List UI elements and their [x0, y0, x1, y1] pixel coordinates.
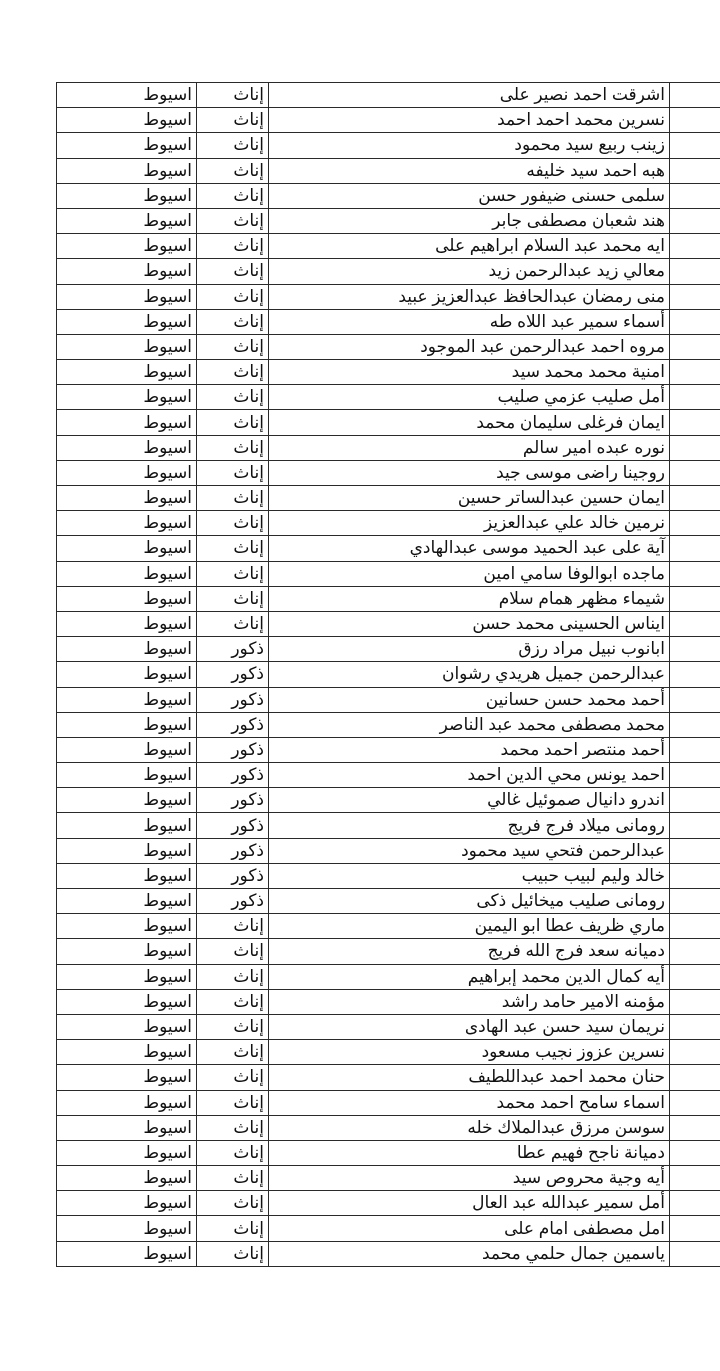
gender-cell: إناث [197, 309, 269, 334]
name-cell: منى رمضان عبدالحافظ عبدالعزيز عبيد [269, 284, 670, 309]
table-row: اسيوطإناثاسماء سامح احمد محمد [57, 1090, 720, 1115]
gender-cell: إناث [197, 1040, 269, 1065]
gender-cell: إناث [197, 586, 269, 611]
table-row: اسيوطإناثأمل سمير عبدالله عبد العال [57, 1191, 720, 1216]
gender-cell: ذكور [197, 737, 269, 762]
gender-cell: إناث [197, 334, 269, 359]
table-row: اسيوطإناثايه محمد عبد السلام ابراهيم على [57, 234, 720, 259]
city-cell: اسيوط [57, 108, 197, 133]
blank-cell [670, 410, 720, 435]
table-row: اسيوطذكورعبدالرحمن جميل هريدي رشوان [57, 662, 720, 687]
name-cell: اشرقت احمد نصير على [269, 83, 670, 108]
blank-cell [670, 208, 720, 233]
gender-cell: إناث [197, 460, 269, 485]
name-cell: أمل سمير عبدالله عبد العال [269, 1191, 670, 1216]
blank-cell [670, 259, 720, 284]
city-cell: اسيوط [57, 208, 197, 233]
name-cell: روجينا راضى موسى جيد [269, 460, 670, 485]
blank-cell [670, 133, 720, 158]
blank-cell [670, 687, 720, 712]
blank-cell [670, 360, 720, 385]
blank-cell [670, 1090, 720, 1115]
blank-cell [670, 939, 720, 964]
gender-cell: إناث [197, 385, 269, 410]
table-row: اسيوطإناثأمل صليب عزمي صليب [57, 385, 720, 410]
blank-cell [670, 334, 720, 359]
gender-cell: إناث [197, 360, 269, 385]
blank-cell [670, 1216, 720, 1241]
blank-cell [670, 1140, 720, 1165]
city-cell: اسيوط [57, 435, 197, 460]
city-cell: اسيوط [57, 763, 197, 788]
gender-cell: إناث [197, 108, 269, 133]
name-cell: مؤمنه الامير حامد راشد [269, 989, 670, 1014]
gender-cell: ذكور [197, 712, 269, 737]
gender-cell: إناث [197, 208, 269, 233]
gender-cell: ذكور [197, 687, 269, 712]
gender-cell: ذكور [197, 637, 269, 662]
table-row: اسيوطإناثنسرين عزوز نجيب مسعود [57, 1040, 720, 1065]
city-cell: اسيوط [57, 460, 197, 485]
gender-cell: إناث [197, 1065, 269, 1090]
name-cell: ماجده ابوالوفا سامي امين [269, 561, 670, 586]
table-row: اسيوطإناثياسمين جمال حلمي محمد [57, 1241, 720, 1266]
table-row: اسيوطذكورأحمد محمد حسن حسانين [57, 687, 720, 712]
blank-cell [670, 108, 720, 133]
blank-cell [670, 788, 720, 813]
gender-cell: ذكور [197, 863, 269, 888]
city-cell: اسيوط [57, 561, 197, 586]
name-cell: ايه محمد عبد السلام ابراهيم على [269, 234, 670, 259]
table-row: اسيوطذكورعبدالرحمن فتحي سيد محمود [57, 838, 720, 863]
table-row: اسيوطإناثشيماء مظهر همام سلام [57, 586, 720, 611]
blank-cell [670, 611, 720, 636]
table-row: اسيوطإناثأسماء سمير عبد اللاه طه [57, 309, 720, 334]
gender-cell: إناث [197, 939, 269, 964]
table-row: اسيوطإناثروجينا راضى موسى جيد [57, 460, 720, 485]
city-cell: اسيوط [57, 1014, 197, 1039]
name-cell: معالي زيد عبدالرحمن زيد [269, 259, 670, 284]
gender-cell: إناث [197, 1166, 269, 1191]
name-cell: مروه احمد عبدالرحمن عبد الموجود [269, 334, 670, 359]
name-cell: رومانى ميلاد فرج فريج [269, 813, 670, 838]
blank-cell [670, 1040, 720, 1065]
blank-cell [670, 813, 720, 838]
name-cell: زينب ربيع سيد محمود [269, 133, 670, 158]
table-row: اسيوطإناثدميانة ناجح فهيم عطا [57, 1140, 720, 1165]
gender-cell: إناث [197, 989, 269, 1014]
name-cell: عبدالرحمن فتحي سيد محمود [269, 838, 670, 863]
table-row: اسيوطإناثامنية محمد محمد سيد [57, 360, 720, 385]
city-cell: اسيوط [57, 1140, 197, 1165]
name-cell: نسرين عزوز نجيب مسعود [269, 1040, 670, 1065]
table-row: اسيوطذكوررومانى صليب ميخائيل ذكى [57, 889, 720, 914]
table-row: اسيوطإناثهبه احمد سيد خليفه [57, 158, 720, 183]
table-row: اسيوطإناثأيه كمال الدين محمد إبراهيم [57, 964, 720, 989]
name-cell: ابانوب نبيل مراد رزق [269, 637, 670, 662]
city-cell: اسيوط [57, 889, 197, 914]
gender-cell: ذكور [197, 889, 269, 914]
blank-cell [670, 284, 720, 309]
blank-cell [670, 183, 720, 208]
roster-body: اسيوطإناثاشرقت احمد نصير علىاسيوطإناثنسر… [57, 83, 720, 1267]
table-row: اسيوطذكورابانوب نبيل مراد رزق [57, 637, 720, 662]
blank-cell [670, 435, 720, 460]
city-cell: اسيوط [57, 662, 197, 687]
blank-cell [670, 234, 720, 259]
name-cell: سوسن مرزق عبدالملاك خله [269, 1115, 670, 1140]
blank-cell [670, 1166, 720, 1191]
city-cell: اسيوط [57, 1191, 197, 1216]
city-cell: اسيوط [57, 1065, 197, 1090]
gender-cell: إناث [197, 914, 269, 939]
city-cell: اسيوط [57, 637, 197, 662]
gender-cell: ذكور [197, 763, 269, 788]
gender-cell: إناث [197, 158, 269, 183]
table-row: اسيوطإناثماري ظريف عطا ابو اليمين [57, 914, 720, 939]
name-cell: نرمين خالد علي عبدالعزيز [269, 511, 670, 536]
city-cell: اسيوط [57, 234, 197, 259]
blank-cell [670, 158, 720, 183]
table-row: اسيوطذكورخالد وليم لبيب حبيب [57, 863, 720, 888]
blank-cell [670, 511, 720, 536]
city-cell: اسيوط [57, 863, 197, 888]
table-row: اسيوطإناثايناس الحسينى محمد حسن [57, 611, 720, 636]
city-cell: اسيوط [57, 838, 197, 863]
gender-cell: إناث [197, 1115, 269, 1140]
name-cell: ايمان فرغلى سليمان محمد [269, 410, 670, 435]
city-cell: اسيوط [57, 939, 197, 964]
roster-table: اسيوطإناثاشرقت احمد نصير علىاسيوطإناثنسر… [56, 82, 720, 1267]
gender-cell: إناث [197, 486, 269, 511]
table-row: اسيوطإناثنريمان سيد حسن عبد الهادى [57, 1014, 720, 1039]
gender-cell: إناث [197, 284, 269, 309]
city-cell: اسيوط [57, 1040, 197, 1065]
table-row: اسيوطإناثهند شعبان مصطفى جابر [57, 208, 720, 233]
table-row: اسيوطإناثايمان فرغلى سليمان محمد [57, 410, 720, 435]
city-cell: اسيوط [57, 385, 197, 410]
city-cell: اسيوط [57, 284, 197, 309]
city-cell: اسيوط [57, 1115, 197, 1140]
city-cell: اسيوط [57, 83, 197, 108]
gender-cell: ذكور [197, 838, 269, 863]
table-row: اسيوطإناثمنى رمضان عبدالحافظ عبدالعزيز ع… [57, 284, 720, 309]
gender-cell: ذكور [197, 788, 269, 813]
table-row: اسيوطإناثامل مصطفى امام على [57, 1216, 720, 1241]
city-cell: اسيوط [57, 586, 197, 611]
gender-cell: إناث [197, 1140, 269, 1165]
blank-cell [670, 637, 720, 662]
blank-cell [670, 486, 720, 511]
gender-cell: إناث [197, 511, 269, 536]
city-cell: اسيوط [57, 309, 197, 334]
name-cell: ياسمين جمال حلمي محمد [269, 1241, 670, 1266]
blank-cell [670, 1241, 720, 1266]
name-cell: شيماء مظهر همام سلام [269, 586, 670, 611]
table-row: اسيوطإناثماجده ابوالوفا سامي امين [57, 561, 720, 586]
blank-cell [670, 889, 720, 914]
name-cell: اندرو دانيال صموئيل غالي [269, 788, 670, 813]
table-row: اسيوطذكوراحمد يونس محي الدين احمد [57, 763, 720, 788]
name-cell: امل مصطفى امام على [269, 1216, 670, 1241]
city-cell: اسيوط [57, 486, 197, 511]
city-cell: اسيوط [57, 712, 197, 737]
blank-cell [670, 385, 720, 410]
roster-sheet: اسيوطإناثاشرقت احمد نصير علىاسيوطإناثنسر… [56, 82, 720, 1267]
table-row: اسيوطإناثدميانه سعد فرج الله فريج [57, 939, 720, 964]
name-cell: دميانه سعد فرج الله فريج [269, 939, 670, 964]
blank-cell [670, 838, 720, 863]
table-row: اسيوطإناثنرمين خالد علي عبدالعزيز [57, 511, 720, 536]
blank-cell [670, 83, 720, 108]
name-cell: أسماء سمير عبد اللاه طه [269, 309, 670, 334]
gender-cell: إناث [197, 611, 269, 636]
name-cell: أيه كمال الدين محمد إبراهيم [269, 964, 670, 989]
name-cell: عبدالرحمن جميل هريدي رشوان [269, 662, 670, 687]
table-row: اسيوطإناثنوره عبده امير سالم [57, 435, 720, 460]
name-cell: هند شعبان مصطفى جابر [269, 208, 670, 233]
gender-cell: إناث [197, 183, 269, 208]
table-row: اسيوطإناثزينب ربيع سيد محمود [57, 133, 720, 158]
name-cell: احمد يونس محي الدين احمد [269, 763, 670, 788]
name-cell: حنان محمد احمد عبداللطيف [269, 1065, 670, 1090]
city-cell: اسيوط [57, 1241, 197, 1266]
gender-cell: ذكور [197, 662, 269, 687]
city-cell: اسيوط [57, 687, 197, 712]
city-cell: اسيوط [57, 360, 197, 385]
blank-cell [670, 964, 720, 989]
city-cell: اسيوط [57, 410, 197, 435]
city-cell: اسيوط [57, 737, 197, 762]
name-cell: اسماء سامح احمد محمد [269, 1090, 670, 1115]
gender-cell: إناث [197, 234, 269, 259]
city-cell: اسيوط [57, 989, 197, 1014]
blank-cell [670, 460, 720, 485]
blank-cell [670, 662, 720, 687]
name-cell: أمل صليب عزمي صليب [269, 385, 670, 410]
gender-cell: إناث [197, 1014, 269, 1039]
city-cell: اسيوط [57, 133, 197, 158]
gender-cell: إناث [197, 259, 269, 284]
city-cell: اسيوط [57, 1166, 197, 1191]
blank-cell [670, 309, 720, 334]
city-cell: اسيوط [57, 259, 197, 284]
name-cell: ايناس الحسينى محمد حسن [269, 611, 670, 636]
name-cell: نسرين محمد احمد احمد [269, 108, 670, 133]
name-cell: أيه وجية محروص سيد [269, 1166, 670, 1191]
gender-cell: إناث [197, 561, 269, 586]
name-cell: ايمان حسين عبدالساتر حسين [269, 486, 670, 511]
gender-cell: ذكور [197, 813, 269, 838]
gender-cell: إناث [197, 1241, 269, 1266]
gender-cell: إناث [197, 1191, 269, 1216]
name-cell: نوره عبده امير سالم [269, 435, 670, 460]
gender-cell: إناث [197, 1216, 269, 1241]
gender-cell: إناث [197, 435, 269, 460]
blank-cell [670, 914, 720, 939]
name-cell: خالد وليم لبيب حبيب [269, 863, 670, 888]
table-row: اسيوطإناثأيه وجية محروص سيد [57, 1166, 720, 1191]
name-cell: هبه احمد سيد خليفه [269, 158, 670, 183]
blank-cell [670, 989, 720, 1014]
blank-cell [670, 1065, 720, 1090]
city-cell: اسيوط [57, 334, 197, 359]
name-cell: أحمد منتصر احمد محمد [269, 737, 670, 762]
name-cell: ماري ظريف عطا ابو اليمين [269, 914, 670, 939]
city-cell: اسيوط [57, 964, 197, 989]
city-cell: اسيوط [57, 611, 197, 636]
name-cell: نريمان سيد حسن عبد الهادى [269, 1014, 670, 1039]
city-cell: اسيوط [57, 788, 197, 813]
blank-cell [670, 1115, 720, 1140]
table-row: اسيوطذكوررومانى ميلاد فرج فريج [57, 813, 720, 838]
city-cell: اسيوط [57, 914, 197, 939]
city-cell: اسيوط [57, 511, 197, 536]
blank-cell [670, 863, 720, 888]
city-cell: اسيوط [57, 536, 197, 561]
city-cell: اسيوط [57, 813, 197, 838]
table-row: اسيوطإناثمعالي زيد عبدالرحمن زيد [57, 259, 720, 284]
gender-cell: إناث [197, 83, 269, 108]
table-row: اسيوطإناثنسرين محمد احمد احمد [57, 108, 720, 133]
blank-cell [670, 763, 720, 788]
city-cell: اسيوط [57, 1090, 197, 1115]
table-row: اسيوطإناثحنان محمد احمد عبداللطيف [57, 1065, 720, 1090]
gender-cell: إناث [197, 964, 269, 989]
city-cell: اسيوط [57, 158, 197, 183]
blank-cell [670, 737, 720, 762]
name-cell: رومانى صليب ميخائيل ذكى [269, 889, 670, 914]
city-cell: اسيوط [57, 183, 197, 208]
name-cell: أحمد محمد حسن حسانين [269, 687, 670, 712]
table-row: اسيوطإناثمؤمنه الامير حامد راشد [57, 989, 720, 1014]
name-cell: سلمى حسنى ضيفور حسن [269, 183, 670, 208]
gender-cell: إناث [197, 133, 269, 158]
table-row: اسيوطذكورمحمد مصطفى محمد عبد الناصر [57, 712, 720, 737]
blank-cell [670, 1014, 720, 1039]
name-cell: محمد مصطفى محمد عبد الناصر [269, 712, 670, 737]
blank-cell [670, 712, 720, 737]
blank-cell [670, 561, 720, 586]
table-row: اسيوطإناثايمان حسين عبدالساتر حسين [57, 486, 720, 511]
table-row: اسيوطذكوراندرو دانيال صموئيل غالي [57, 788, 720, 813]
city-cell: اسيوط [57, 1216, 197, 1241]
name-cell: امنية محمد محمد سيد [269, 360, 670, 385]
blank-cell [670, 586, 720, 611]
gender-cell: إناث [197, 536, 269, 561]
table-row: اسيوطإناثسلمى حسنى ضيفور حسن [57, 183, 720, 208]
table-row: اسيوطذكورأحمد منتصر احمد محمد [57, 737, 720, 762]
table-row: اسيوطإناثمروه احمد عبدالرحمن عبد الموجود [57, 334, 720, 359]
gender-cell: إناث [197, 1090, 269, 1115]
name-cell: آية على عبد الحميد موسى عبدالهادي [269, 536, 670, 561]
table-row: اسيوطإناثاشرقت احمد نصير على [57, 83, 720, 108]
table-row: اسيوطإناثسوسن مرزق عبدالملاك خله [57, 1115, 720, 1140]
gender-cell: إناث [197, 410, 269, 435]
blank-cell [670, 1191, 720, 1216]
name-cell: دميانة ناجح فهيم عطا [269, 1140, 670, 1165]
blank-cell [670, 536, 720, 561]
table-row: اسيوطإناثآية على عبد الحميد موسى عبدالها… [57, 536, 720, 561]
